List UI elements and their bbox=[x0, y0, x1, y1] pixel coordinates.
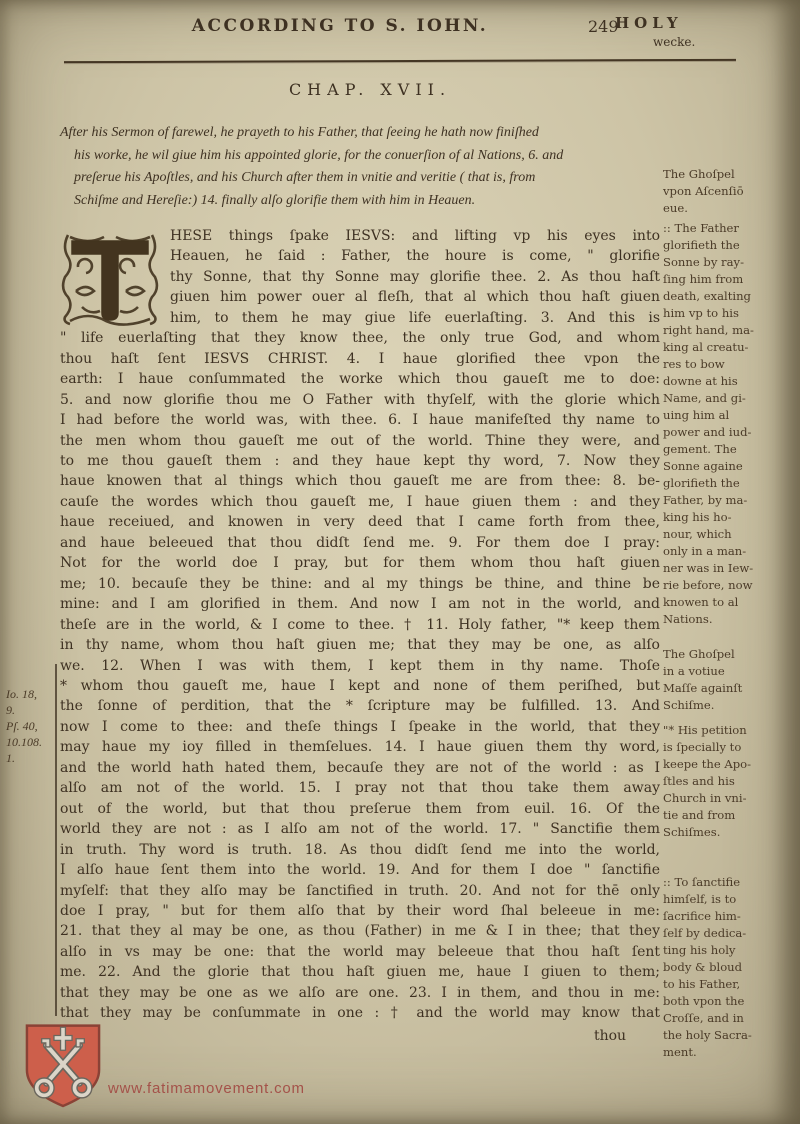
text-line: is ſpecially to bbox=[663, 739, 797, 756]
text-line: king al creatu- bbox=[663, 339, 797, 356]
text-line: :: The Father bbox=[663, 220, 797, 237]
text-line: his worke, he wil giue him his appointed… bbox=[60, 145, 666, 168]
text-line: power and iud- bbox=[663, 424, 797, 441]
text-line: rie before, now bbox=[663, 577, 797, 594]
text-line: both vpon the bbox=[663, 993, 797, 1010]
text-line: vpon Aſcenſiō bbox=[663, 183, 797, 200]
margin-note-gospel-ascension: The Ghoſpelvpon Aſcenſiōeue. bbox=[663, 166, 797, 217]
text-line: :: To ſanctifie bbox=[663, 874, 797, 891]
text-line: earth: I haue conſummated the worke whic… bbox=[60, 369, 660, 389]
text-line: ſacrifice him- bbox=[663, 908, 797, 925]
text-line: right hand, ma- bbox=[663, 322, 797, 339]
text-line: the holy Sacra- bbox=[663, 1027, 797, 1044]
margin-note-to-sanctifie: :: To ſanctifiehimſelf, is toſacrifice h… bbox=[663, 874, 797, 1061]
chapter-argument: After his Sermon of farewel, he prayeth … bbox=[60, 122, 666, 212]
text-line: The Ghoſpel bbox=[663, 646, 797, 663]
text-line: Name, and gi- bbox=[663, 390, 797, 407]
text-line: in thy name, whom thou haſt giuen me; th… bbox=[60, 635, 660, 655]
text-line: keepe the Apo- bbox=[663, 756, 797, 773]
text-line: now I come to thee: and theſe things I ſ… bbox=[60, 717, 660, 737]
text-line: Schiſme and Hereſie:) 14. finally alſo g… bbox=[60, 190, 666, 213]
text-line: ſing him from bbox=[663, 271, 797, 288]
text-line: alſo in vs may be one: that the world ma… bbox=[60, 942, 660, 962]
woodcut-initial-T-icon bbox=[60, 229, 160, 327]
text-line: " life euerlaſting that they know thee, … bbox=[60, 328, 660, 348]
text-line: may haue my ioy filled in themſelues. 14… bbox=[60, 737, 660, 757]
text-line: cauſe the wordes which thou gaueſt me, I… bbox=[60, 492, 660, 512]
text-line: Sonne againe bbox=[663, 458, 797, 475]
text-line: and the world hath hated them, becauſe t… bbox=[60, 758, 660, 778]
text-line: in a votiue bbox=[663, 663, 797, 680]
text-line: doe I pray, " but for them alſo that by … bbox=[60, 901, 660, 921]
text-line: king his ho- bbox=[663, 509, 797, 526]
text-line: Not for the world doe I pray, but for th… bbox=[60, 553, 660, 573]
text-line: that they may be one as we alſo are one.… bbox=[60, 983, 660, 1003]
text-line: ment. bbox=[663, 1044, 797, 1061]
text-line: knowen to al bbox=[663, 594, 797, 611]
text-line: me. 22. And the glorie that thou haſt gi… bbox=[60, 962, 660, 982]
text-line: Church in vni- bbox=[663, 790, 797, 807]
margin-note-his-petition: "* His petitionis ſpecially tokeepe the … bbox=[663, 722, 797, 841]
margin-note-gospel-votive-masse: The Ghoſpelin a votiueMaſſe againſtSchiſ… bbox=[663, 646, 797, 714]
text-line: Pſ. 40, bbox=[6, 718, 56, 734]
gospel-verses: HESE things ſpake IESVS: and lifting vp … bbox=[60, 226, 660, 1024]
scanned-book-page: ACCORDING TO S. IOHN. 249 HOLY wecke. CH… bbox=[0, 0, 800, 1124]
text-line: res to bow bbox=[663, 356, 797, 373]
text-line: me; 10. becauſe they be thine: and al my… bbox=[60, 574, 660, 594]
text-line: "* His petition bbox=[663, 722, 797, 739]
text-line: 9. bbox=[6, 702, 56, 718]
text-line: gement. The bbox=[663, 441, 797, 458]
text-line: alſo am not of the world. 15. I pray not… bbox=[60, 778, 660, 798]
text-line: the ſonne of perdition, that the * ſcrip… bbox=[60, 696, 660, 716]
text-line: we. 12. When I was with them, I kept the… bbox=[60, 656, 660, 676]
text-line: to me thou gaueſt them : and they haue k… bbox=[60, 451, 660, 471]
text-line: Croſſe, and in bbox=[663, 1010, 797, 1027]
text-line: ſtles and his bbox=[663, 773, 797, 790]
text-line: Maſſe againſt bbox=[663, 680, 797, 697]
text-line: the men whom thou gaueſt me out of the w… bbox=[60, 431, 660, 451]
text-line: uing him al bbox=[663, 407, 797, 424]
papal-crossed-keys-shield-icon bbox=[22, 1020, 104, 1110]
watermark-url-link[interactable]: www.fatimamovement.com bbox=[108, 1080, 305, 1097]
page-number: 249 bbox=[588, 17, 619, 36]
text-line: and haue beleeued that thou didſt ſend m… bbox=[60, 533, 660, 553]
text-line: eue. bbox=[663, 200, 797, 217]
text-line: Io. 18, bbox=[6, 686, 56, 702]
text-line: death, exalting bbox=[663, 288, 797, 305]
corner-running-subtitle: wecke. bbox=[653, 35, 695, 49]
text-line: 5. and now glorifie thou me O Father wit… bbox=[60, 390, 660, 410]
text-line: glorifieth the bbox=[663, 475, 797, 492]
text-line: myſelf: that they alſo may be ſanctified… bbox=[60, 881, 660, 901]
margin-note-father-glorifieth: :: The Fatherglorifieth theSonne by ray-… bbox=[663, 220, 797, 628]
text-line: ting his holy bbox=[663, 942, 797, 959]
text-line: thou haſt ſent IESVS CHRIST. 4. I haue g… bbox=[60, 349, 660, 369]
text-line: mine: and I am glorified in them. And no… bbox=[60, 594, 660, 614]
gospel-text-column: HESE things ſpake IESVS: and lifting vp … bbox=[60, 226, 660, 1024]
text-line: that they may be conſummate in one : † a… bbox=[60, 1003, 660, 1023]
text-line: After his Sermon of farewel, he prayeth … bbox=[60, 122, 666, 145]
corner-running-title: HOLY bbox=[615, 14, 683, 32]
text-line: himſelf, is to bbox=[663, 891, 797, 908]
text-line: glorifieth the bbox=[663, 237, 797, 254]
text-line: Schiſmes. bbox=[663, 824, 797, 841]
text-line: 21. that they al may be one, as thou (Fa… bbox=[60, 921, 660, 941]
text-line: 10.108. bbox=[6, 734, 56, 750]
header-rule bbox=[64, 59, 736, 63]
text-line: in truth. Thy word is truth. 18. As thou… bbox=[60, 840, 660, 860]
text-line: haue knowen that al things which thou ga… bbox=[60, 471, 660, 491]
text-line: only in a man- bbox=[663, 543, 797, 560]
catchword: thou bbox=[560, 1028, 660, 1044]
text-line: Nations. bbox=[663, 611, 797, 628]
text-line: body & bloud bbox=[663, 959, 797, 976]
text-line: preſerue his Apoſtles, and his Church af… bbox=[60, 167, 666, 190]
text-line: * whom thou gaueſt me, haue I kept and n… bbox=[60, 676, 660, 696]
chapter-heading: CHAP. XVII. bbox=[220, 80, 520, 99]
text-line: nour, which bbox=[663, 526, 797, 543]
text-line: ner was in Iew- bbox=[663, 560, 797, 577]
text-line: Schiſme. bbox=[663, 697, 797, 714]
text-line: to his Father, bbox=[663, 976, 797, 993]
text-line: I alſo haue ſent them into the world. 19… bbox=[60, 860, 660, 880]
text-line: haue receiued, and knowen in very deed t… bbox=[60, 512, 660, 532]
text-line: I had before the world was, with thee. 6… bbox=[60, 410, 660, 430]
margin-scripture-references: Io. 18,9.Pſ. 40,10.108.1. bbox=[6, 686, 56, 766]
text-line: out of the world, but that thou preſerue… bbox=[60, 799, 660, 819]
text-line: ſelf by dedica- bbox=[663, 925, 797, 942]
text-line: tie and from bbox=[663, 807, 797, 824]
text-line: downe at his bbox=[663, 373, 797, 390]
text-line: theſe are in the world, & I come to thee… bbox=[60, 615, 660, 635]
text-line: 1. bbox=[6, 750, 56, 766]
text-line: Father, by ma- bbox=[663, 492, 797, 509]
text-line: Sonne by ray- bbox=[663, 254, 797, 271]
text-line: him vp to his bbox=[663, 305, 797, 322]
marginal-quote-rule bbox=[55, 664, 57, 1016]
text-line: The Ghoſpel bbox=[663, 166, 797, 183]
text-line: world they are not : as I alſo am not of… bbox=[60, 819, 660, 839]
running-title: ACCORDING TO S. IOHN. bbox=[160, 16, 520, 36]
